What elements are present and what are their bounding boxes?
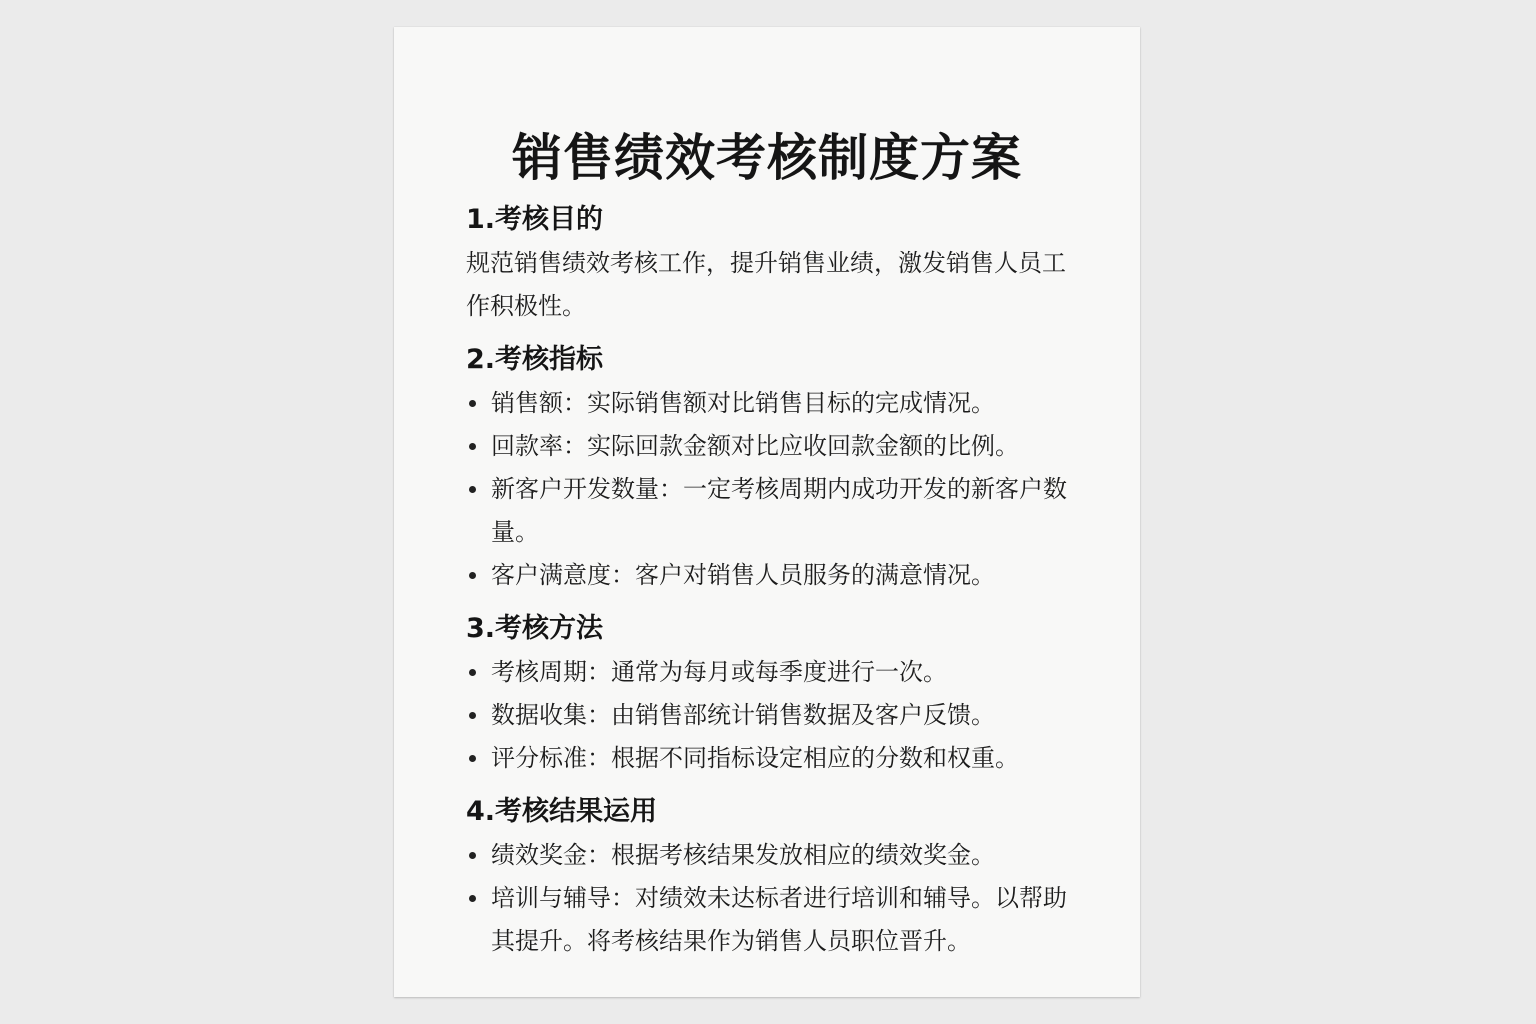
method-list: 考核周期：通常为每月或每季度进行一次。 数据收集：由销售部统计销售数据及客户反馈…: [466, 651, 1086, 780]
bullet-icon: [469, 852, 476, 859]
list-item: 客户满意度：客户对销售人员服务的满意情况。: [466, 554, 1086, 597]
document-title: 销售绩效考核制度方案: [394, 123, 1140, 193]
indicator-list: 销售额：实际销售额对比销售目标的完成情况。 回款率：实际回款金额对比应收回款金额…: [466, 382, 1086, 597]
results-list: 绩效奖金：根据考核结果发放相应的绩效奖金。 培训与辅导：对绩效未达标者进行培训和…: [466, 834, 1086, 963]
section-heading: 1.考核目的: [466, 198, 1086, 242]
bullet-icon: [469, 712, 476, 719]
section-indicators: 2.考核指标 销售额：实际销售额对比销售目标的完成情况。 回款率：实际回款金额对…: [466, 338, 1086, 597]
bullet-icon: [469, 572, 476, 579]
bullet-icon: [469, 895, 476, 902]
document-content: 1.考核目的 规范销售绩效考核工作，提升销售业绩，激发销售人员工作积极性。 2.…: [466, 198, 1086, 963]
section-paragraph: 规范销售绩效考核工作，提升销售业绩，激发销售人员工作积极性。: [466, 242, 1086, 328]
list-item: 新客户开发数量：一定考核周期内成功开发的新客户数量。: [466, 468, 1086, 554]
section-purpose: 1.考核目的 规范销售绩效考核工作，提升销售业绩，激发销售人员工作积极性。: [466, 198, 1086, 328]
bullet-icon: [469, 443, 476, 450]
list-item: 培训与辅导：对绩效未达标者进行培训和辅导。以帮助其提升。将考核结果作为销售人员职…: [466, 877, 1086, 963]
list-item: 绩效奖金：根据考核结果发放相应的绩效奖金。: [466, 834, 1086, 877]
section-results: 4.考核结果运用 绩效奖金：根据考核结果发放相应的绩效奖金。 培训与辅导：对绩效…: [466, 790, 1086, 963]
bullet-icon: [469, 755, 476, 762]
bullet-icon: [469, 400, 476, 407]
bullet-icon: [469, 486, 476, 493]
list-item: 数据收集：由销售部统计销售数据及客户反馈。: [466, 694, 1086, 737]
list-item: 评分标准：根据不同指标设定相应的分数和权重。: [466, 737, 1086, 780]
section-heading: 4.考核结果运用: [466, 790, 1086, 834]
bullet-icon: [469, 669, 476, 676]
list-item: 销售额：实际销售额对比销售目标的完成情况。: [466, 382, 1086, 425]
section-heading: 2.考核指标: [466, 338, 1086, 382]
list-item: 考核周期：通常为每月或每季度进行一次。: [466, 651, 1086, 694]
section-heading: 3.考核方法: [466, 607, 1086, 651]
list-item: 回款率：实际回款金额对比应收回款金额的比例。: [466, 425, 1086, 468]
section-methods: 3.考核方法 考核周期：通常为每月或每季度进行一次。 数据收集：由销售部统计销售…: [466, 607, 1086, 780]
